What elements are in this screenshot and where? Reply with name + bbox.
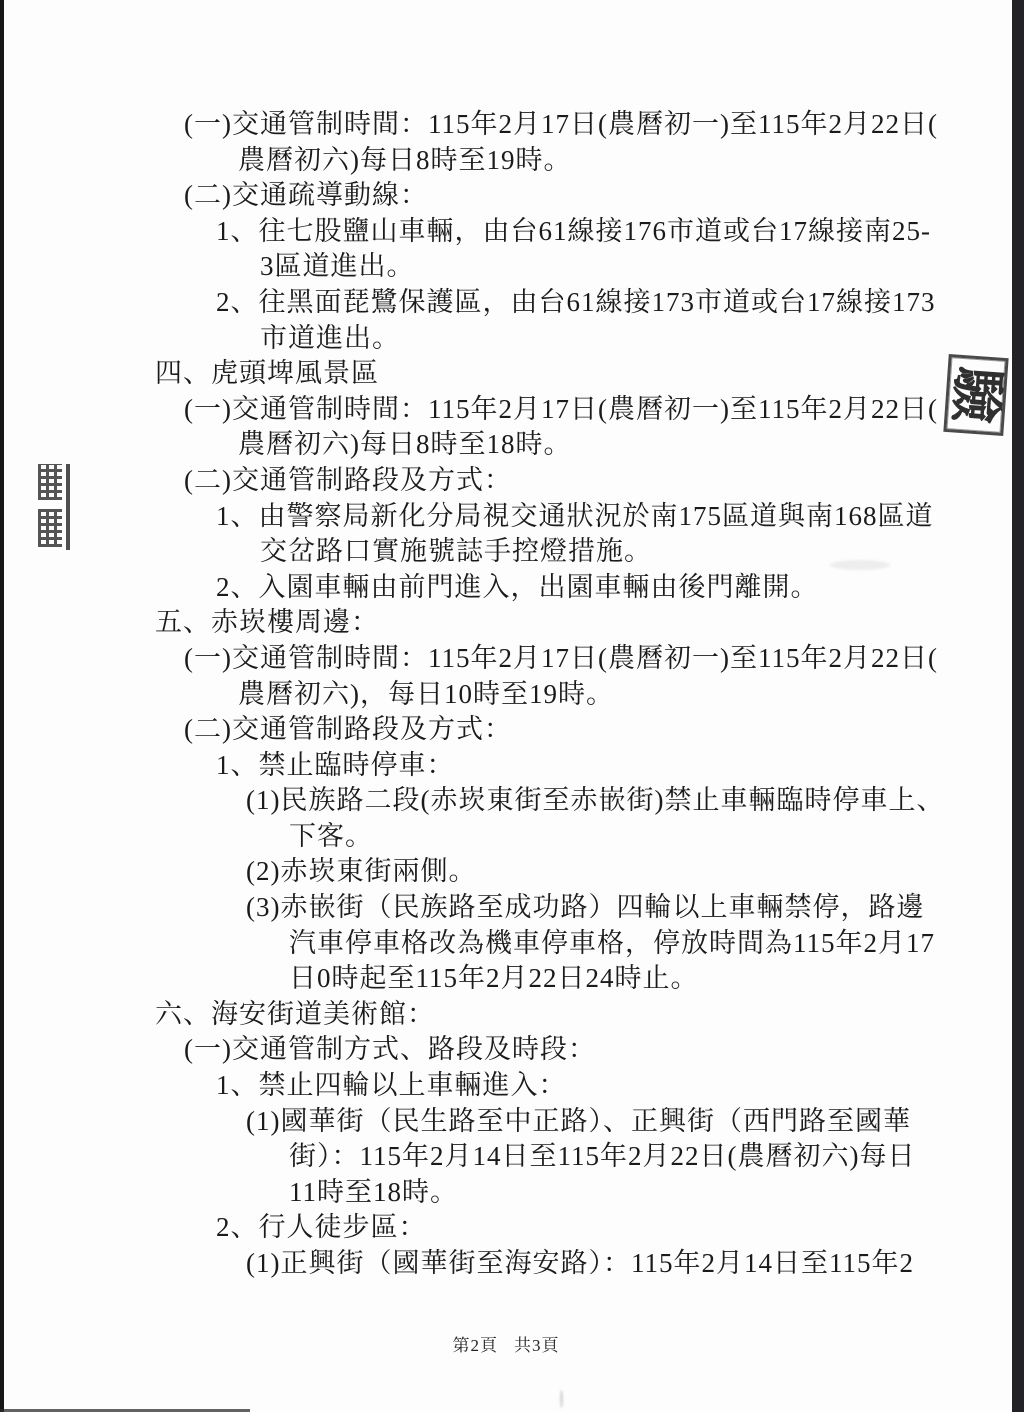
doc-line: 農曆初六)，每日10時至19時。 (238, 677, 1008, 713)
doc-line: 農曆初六)每日8時至18時。 (238, 427, 1008, 463)
doc-line: 日0時起至115年2月22日24時止。 (289, 961, 1008, 997)
seal-glyph-icon: 驗 (946, 365, 1006, 425)
doc-line: (二)交通疏導動線： (184, 178, 1008, 214)
doc-section-heading: 四、虎頭埤風景區 (155, 356, 1008, 392)
page-footer: 第2頁共3頁 (0, 1331, 1012, 1356)
doc-line: (二)交通管制路段及方式： (184, 463, 1008, 499)
doc-line: 農曆初六)每日8時至19時。 (238, 143, 1008, 179)
scan-edge-right (1012, 0, 1024, 1412)
doc-line: 3區道進出。 (260, 249, 1008, 285)
doc-line: 2、入園車輛由前門進入，出園車輛由後門離開。 (216, 570, 1008, 606)
doc-line: 11時至18時。 (289, 1175, 1008, 1211)
doc-line: (2)赤崁東街兩側。 (246, 854, 1008, 890)
seal-glyph-icon (38, 464, 62, 500)
doc-line: (二)交通管制路段及方式： (184, 712, 1008, 748)
doc-line: 1、禁止四輪以上車輛進入： (216, 1068, 1008, 1104)
scan-noise (560, 1390, 563, 1408)
scan-noise (830, 560, 890, 570)
partial-seal-stamp-right: 驗 (943, 354, 1008, 436)
doc-line: (1)正興街（國華街至海安路）：115年2月14日至115年2 (246, 1246, 1008, 1282)
doc-line: 交岔路口實施號誌手控燈措施。 (260, 534, 1008, 570)
doc-line: (一)交通管制時間：115年2月17日(農曆初一)至115年2月22日( (184, 107, 1008, 143)
total-pages: 共3頁 (514, 1336, 560, 1355)
scan-edge-left (0, 0, 4, 1412)
doc-line: (1)國華街（民生路至中正路）、正興街（西門路至國華 (246, 1104, 1008, 1140)
doc-line: (一)交通管制時間：115年2月17日(農曆初一)至115年2月22日( (184, 392, 1008, 428)
doc-line: 下客。 (289, 819, 1008, 855)
doc-line: 1、禁止臨時停車： (216, 748, 1008, 784)
doc-line: 1、由警察局新化分局視交通狀況於南175區道與南168區道 (216, 499, 1008, 535)
doc-line: (1)民族路二段(赤崁東街至赤嵌街)禁止車輛臨時停車上、 (246, 783, 1008, 819)
doc-line: (一)交通管制時間：115年2月17日(農曆初一)至115年2月22日( (184, 641, 1008, 677)
page-number: 第2頁 (453, 1336, 499, 1355)
doc-section-heading: 六、海安街道美術館： (155, 997, 1008, 1033)
partial-seal-stamp-left (38, 464, 70, 550)
doc-line: (3)赤嵌街（民族路至成功路）四輪以上車輛禁停，路邊 (246, 890, 1008, 926)
doc-line: 汽車停車格改為機車停車格，停放時間為115年2月17 (289, 926, 1008, 962)
doc-section-heading: 五、赤崁樓周邊： (155, 605, 1008, 641)
seal-glyph-icon (38, 509, 62, 547)
doc-line: (一)交通管制方式、路段及時段： (184, 1032, 1008, 1068)
document-body: (一)交通管制時間：115年2月17日(農曆初一)至115年2月22日( 農曆初… (0, 107, 1008, 1282)
scanned-document-page: (一)交通管制時間：115年2月17日(農曆初一)至115年2月22日( 農曆初… (0, 0, 1024, 1412)
doc-line: 2、往黑面琵鷺保護區，由台61線接173市道或台17線接173 (216, 285, 1008, 321)
doc-line: 街）：115年2月14日至115年2月22日(農曆初六)每日 (289, 1139, 1008, 1175)
doc-line: 1、往七股鹽山車輛，由台61線接176市道或台17線接南25- (216, 214, 1008, 250)
doc-line: 市道進出。 (260, 321, 1008, 357)
doc-line: 2、行人徒步區： (216, 1210, 1008, 1246)
